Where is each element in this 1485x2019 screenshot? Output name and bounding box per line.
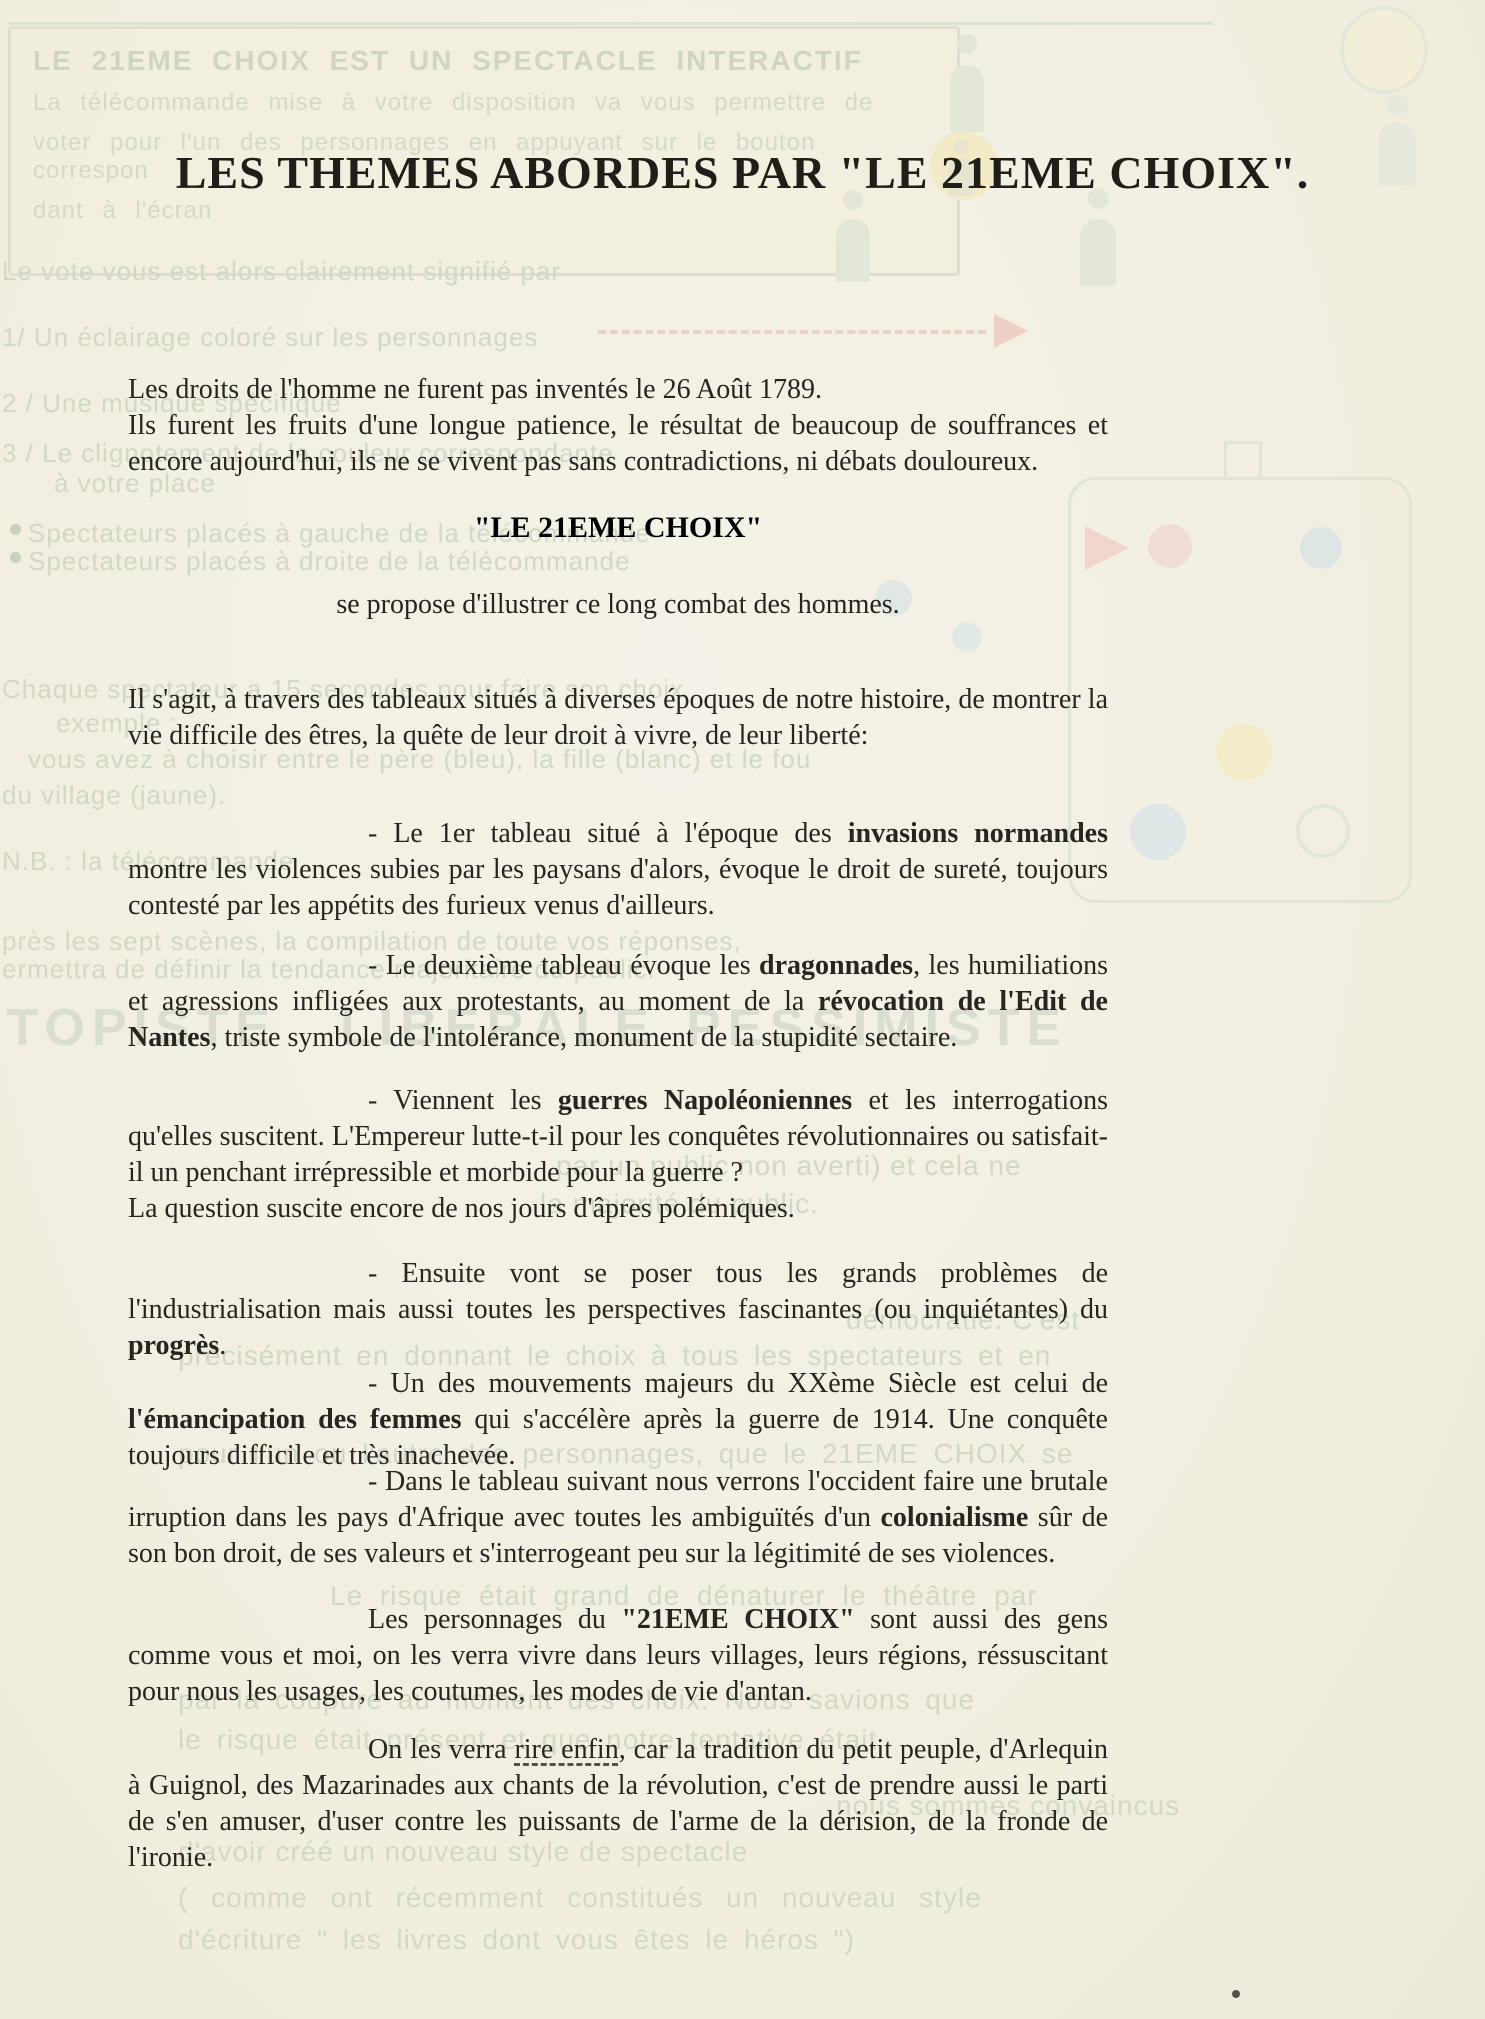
ghost-box-line: La télécommande mise à votre disposition…	[33, 89, 935, 117]
paragraph: - Viennent les guerres Napoléoniennes et…	[128, 1083, 1108, 1227]
ghost-box-line: dant à l'écran	[33, 197, 935, 225]
person-silhouette-icon	[957, 34, 977, 54]
ghost-ring	[1296, 804, 1350, 858]
ghost-top-line	[8, 22, 1213, 25]
ghost-figure	[1080, 188, 1116, 286]
paragraph: - Un des mouvements majeurs du XXème Siè…	[128, 1366, 1108, 1474]
ghost-circle-topright	[1340, 6, 1428, 94]
ghost-dot-blue	[1300, 527, 1342, 569]
paragraph: Il s'agit, à travers des tableaux situés…	[128, 682, 1108, 754]
paragraph: On les verra rire enfin, car la traditio…	[128, 1732, 1108, 1876]
paragraph: - Dans le tableau suivant nous verrons l…	[128, 1464, 1108, 1572]
ghost-line: ( comme ont récemment constitués un nouv…	[178, 1882, 982, 1914]
person-silhouette-icon	[950, 65, 984, 132]
ghost-line: du village (jaune).	[2, 780, 226, 811]
ghost-dot-pink	[1148, 524, 1192, 568]
ghost-dot-yellow	[1216, 724, 1272, 780]
scanned-document-page: LE 21EME CHOIX EST UN SPECTACLE INTERACT…	[0, 0, 1485, 2019]
paragraph: Les personnages du "21EME CHOIX" sont au…	[128, 1602, 1108, 1710]
ghost-bullet	[10, 524, 21, 535]
ghost-remote-notch	[1224, 441, 1262, 477]
ghost-box-title: LE 21EME CHOIX EST UN SPECTACLE INTERACT…	[33, 45, 935, 77]
ghost-dash-trail	[598, 330, 986, 334]
ghost-line: d'écriture " les livres dont vous êtes l…	[178, 1924, 855, 1956]
person-silhouette-icon	[1080, 219, 1116, 286]
paragraph: Les droits de l'homme ne furent pas inve…	[128, 372, 1108, 480]
person-silhouette-icon	[836, 219, 870, 282]
ghost-line: Le vote vous est alors clairement signif…	[2, 256, 561, 287]
ghost-figure	[950, 34, 984, 132]
paragraph: - Ensuite vont se poser tous les grands …	[128, 1256, 1108, 1364]
section-subheading: se propose d'illustrer ce long combat de…	[128, 589, 1108, 621]
ghost-bullet	[10, 552, 21, 563]
page-title: LES THEMES ABORDES PAR "LE 21EME CHOIX".	[0, 146, 1485, 199]
paragraph: - Le deuxième tableau évoque les dragonn…	[128, 948, 1108, 1056]
person-silhouette-icon	[1386, 94, 1408, 116]
ghost-arrow-small	[994, 314, 1028, 348]
ghost-dot-blue2	[1130, 804, 1186, 860]
section-heading: "LE 21EME CHOIX"	[128, 511, 1108, 545]
ghost-figure	[836, 190, 870, 282]
ghost-line: 1/ Un éclairage coloré sur les personnag…	[2, 322, 538, 353]
ghost-line: Spectateurs placés à droite de la téléco…	[28, 546, 630, 577]
scan-speck	[1232, 1990, 1240, 1998]
ghost-dot-teal2	[952, 622, 982, 652]
paragraph: - Le 1er tableau situé à l'époque des in…	[128, 816, 1108, 924]
